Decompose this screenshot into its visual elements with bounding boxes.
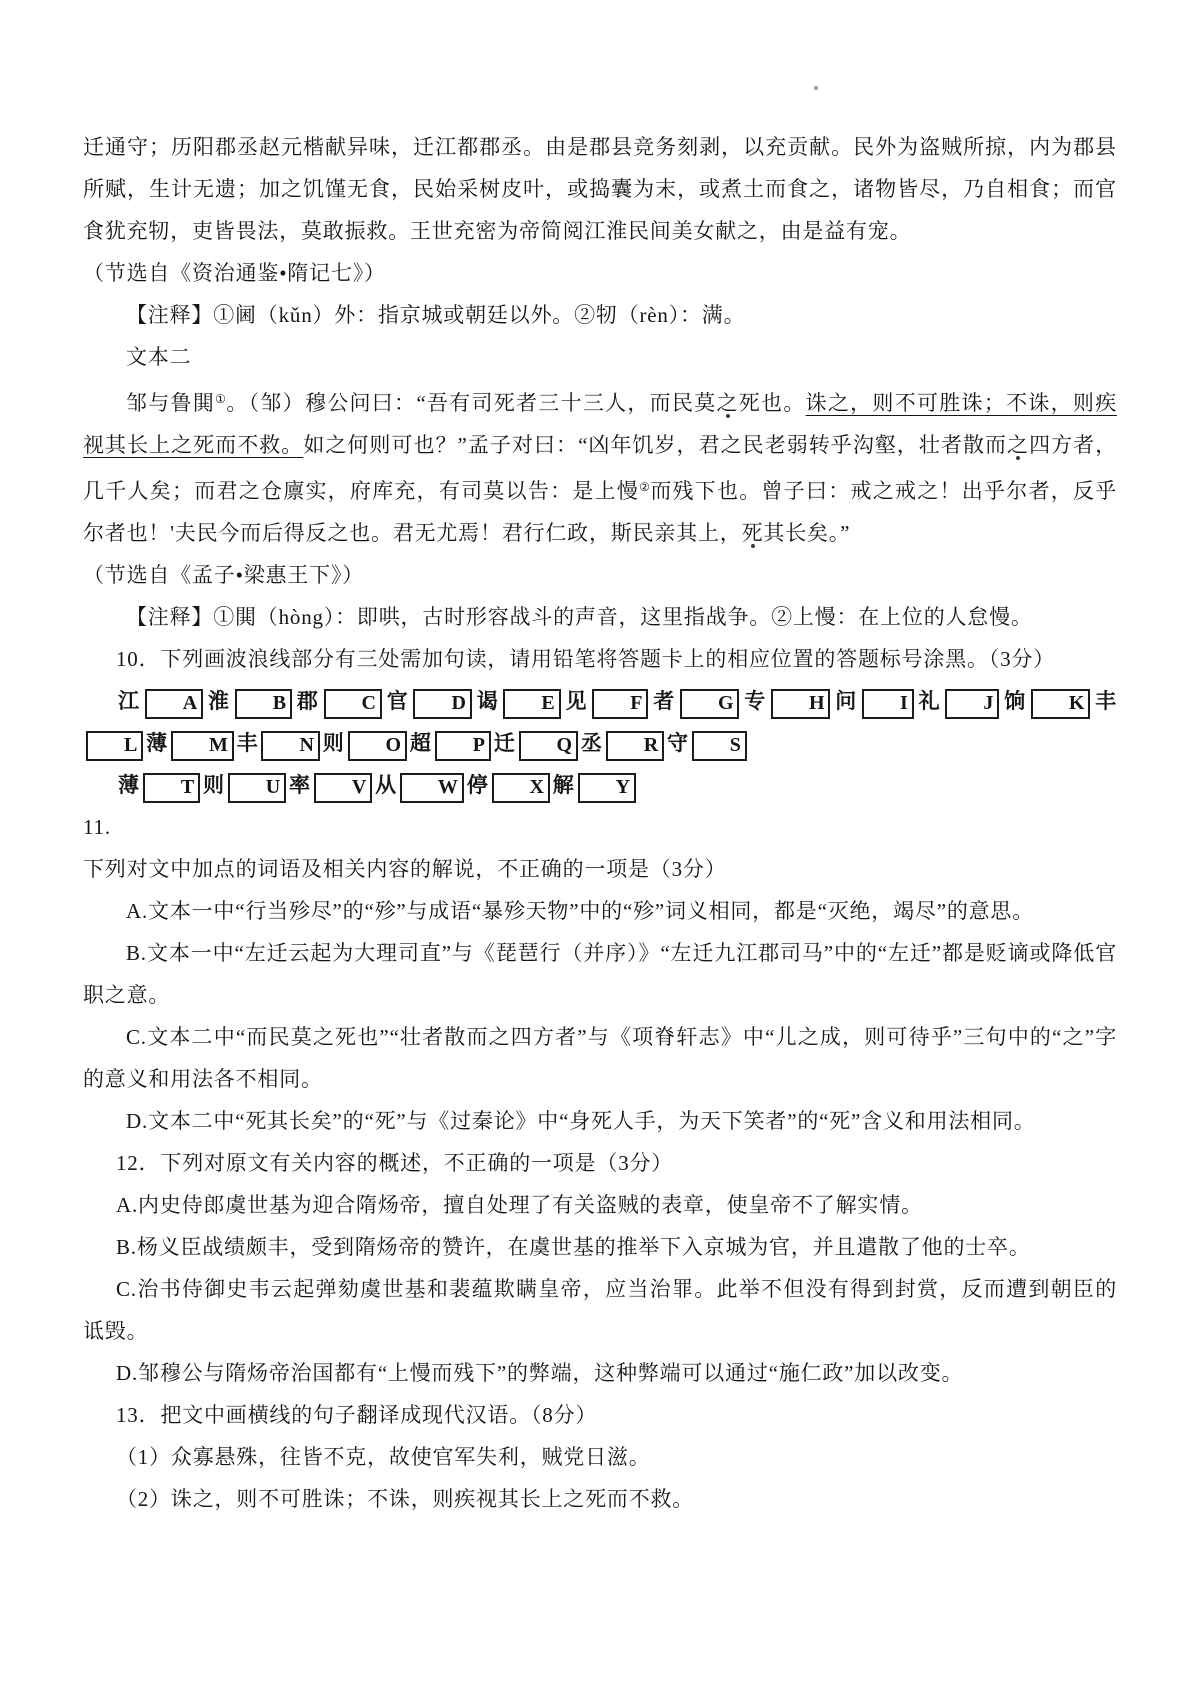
text2-heading: 文本二	[83, 336, 1117, 378]
sentence-char: 解	[553, 773, 575, 797]
q11-number: 11.	[83, 806, 1117, 848]
q10-answer-row-2: 薄T则U率V从W停X解Y	[83, 764, 1117, 806]
q11-stem: 下列对文中加点的词语及相关内容的解说，不正确的一项是（3分）	[83, 848, 1117, 890]
q11-option-c: C.文本二中“而民莫之死也”“壮者散而之四方者”与《项脊轩志》中“儿之成，则可待…	[83, 1016, 1117, 1100]
sentence-char: 郡	[295, 689, 321, 713]
answer-mark-box: E	[503, 689, 560, 719]
sentence-char: 见	[564, 689, 590, 713]
answer-mark-box: M	[171, 731, 234, 761]
q12-option-c: C.治书侍御史韦云起弹劾虞世基和裴蕴欺瞒皇帝，应当治罪。此举不但没有得到封赏，反…	[83, 1268, 1117, 1352]
passage1-text: 迁通守；历阳郡丞赵元楷献异味，迁江都郡丞。由是郡县竞务刻剥，以充贡献。民外为盗贼…	[83, 126, 1117, 252]
q11-option-d: D.文本二中“死其长矣”的“死”与《过秦论》中“身死人手，为天下笑者”的“死”含…	[83, 1100, 1117, 1142]
sentence-char: 官	[385, 689, 411, 713]
q13-item-2: （2）诛之，则不可胜诛；不诛，则疾视其长上之死而不救。	[83, 1478, 1117, 1520]
passage2-source-citation: （节选自《孟子•梁惠王下》）	[83, 554, 1117, 596]
passage2-segment: 如之何则可也？”孟子对曰：“凶年饥岁，君之民老弱转乎沟壑，壮者散而	[303, 433, 1007, 457]
answer-mark-box: A	[145, 689, 203, 719]
q13-item-1: （1）众寡悬殊，往皆不克，故使官军失利，贼党日滋。	[83, 1436, 1117, 1478]
q10-answer-row-1: 江A淮B郡C官D谒E见F者G专H问I礼J饷K丰L薄M丰N则O超P迁Q丞R守S	[83, 680, 1117, 764]
passage2-opening: 邹与鲁閧	[126, 391, 215, 415]
answer-mark-box: Q	[519, 731, 578, 761]
q11-option-b: B.文本一中“左迁云起为大理司直”与《琵琶行（并序）》“左迁九江郡司马”中的“左…	[83, 932, 1117, 1016]
sentence-char: 从	[375, 773, 397, 797]
sentence-char: 丰	[237, 731, 259, 755]
sentence-char: 淮	[206, 689, 232, 713]
answer-mark-box: I	[862, 689, 914, 719]
q12-stem: 12．下列对原文有关内容的概述，不正确的一项是（3分）	[83, 1142, 1117, 1184]
sentence-char: 者	[651, 689, 677, 713]
sentence-char: 江	[118, 689, 142, 713]
sentence-char: 问	[833, 689, 859, 713]
answer-mark-box: F	[592, 689, 648, 719]
q10-stem: 10．下列画波浪线部分有三处需加句读，请用铅笔将答题卡上的相应位置的答题标号涂黑…	[83, 638, 1117, 680]
q12-option-b: B.杨义臣战绩颇丰，受到隋炀帝的赞许，在虞世基的推举下入京城为官，并且遣散了他的…	[83, 1226, 1117, 1268]
q11-option-a: A.文本一中“行当殄尽”的“殄”与成语“暴殄天物”中的“殄”词义相同，都是“灭绝…	[83, 890, 1117, 932]
sentence-char: 薄	[146, 731, 168, 755]
passage2-text: 邹与鲁閧①。（邹）穆公问曰：“吾有司死者三十三人，而民莫之死也。诛之，则不可胜诛…	[83, 378, 1117, 554]
document-content: 迁通守；历阳郡丞赵元楷献异味，迁江都郡丞。由是郡县竞务刻剥，以充贡献。民外为盗贼…	[83, 126, 1117, 1520]
note-ref-2: ②	[639, 480, 650, 494]
sentence-char: 守	[667, 731, 689, 755]
q12-option-a: A.内史侍郎虞世基为迎合隋炀帝，擅自处理了有关盗贼的表章，使皇帝不了解实情。	[83, 1184, 1117, 1226]
answer-mark-box: K	[1031, 689, 1090, 719]
sentence-char: 丞	[581, 731, 603, 755]
passage2-segment: 死也。	[739, 391, 806, 415]
answer-mark-box: W	[400, 773, 464, 803]
answer-mark-box: S	[692, 731, 747, 761]
answer-mark-box: P	[435, 731, 491, 761]
q13-stem: 13．把文中画横线的句子翻译成现代汉语。（8分）	[83, 1394, 1117, 1436]
answer-mark-box: L	[86, 731, 143, 761]
emphasized-char-si: 死	[742, 521, 764, 545]
answer-mark-box: O	[348, 731, 407, 761]
answer-mark-box: N	[261, 731, 319, 761]
passage2-segment: 其长矣。”	[763, 521, 850, 545]
sentence-char: 饷	[1002, 689, 1028, 713]
answer-mark-box: R	[606, 731, 664, 761]
sentence-char: 则	[323, 731, 345, 755]
answer-mark-box: V	[314, 773, 372, 803]
sentence-char: 迁	[494, 731, 516, 755]
sentence-char: 专	[742, 689, 768, 713]
sentence-char: 薄	[118, 773, 140, 797]
answer-mark-box: U	[228, 773, 286, 803]
answer-mark-box: C	[324, 689, 382, 719]
emphasized-char-zhi-2: 之	[1007, 433, 1029, 457]
answer-mark-box: Y	[578, 773, 636, 803]
sentence-char: 礼	[917, 689, 943, 713]
answer-mark-box: D	[413, 689, 471, 719]
sentence-char: 则	[203, 773, 225, 797]
emphasized-char-zhi-1: 之	[717, 391, 739, 415]
sentence-char: 率	[289, 773, 311, 797]
passage1-source-citation: （节选自《资治通鉴•隋记七》）	[83, 252, 1117, 294]
exam-page: { "doc": { "p1": "迁通守；历阳郡丞赵元楷献异味，迁江都郡丞。由…	[0, 0, 1200, 1698]
answer-mark-box: J	[945, 689, 999, 719]
sentence-char: 丰	[1093, 689, 1117, 713]
sentence-char: 谒	[475, 689, 501, 713]
scan-artifact-dot	[814, 86, 818, 90]
answer-mark-box: X	[492, 773, 550, 803]
passage2-notes: 【注释】①閧（hòng）：即哄，古时形容战斗的声音，这里指战争。②上慢：在上位的…	[83, 596, 1117, 638]
q12-option-d: D.邹穆公与隋炀帝治国都有“上慢而残下”的弊端，这种弊端可以通过“施仁政”加以改…	[83, 1352, 1117, 1394]
sentence-char: 超	[410, 731, 432, 755]
note-ref-1: ①	[215, 392, 226, 406]
passage1-notes: 【注释】①阃（kǔn）外：指京城或朝廷以外。②牣（rèn）：满。	[83, 294, 1117, 336]
sentence-char: 停	[467, 773, 489, 797]
answer-mark-box: H	[771, 689, 830, 719]
answer-mark-box: B	[235, 689, 292, 719]
answer-mark-box: T	[143, 773, 200, 803]
passage2-segment: 。（邹）穆公问曰：“吾有司死者三十三人，而民莫	[226, 391, 716, 415]
answer-mark-box: G	[680, 689, 739, 719]
